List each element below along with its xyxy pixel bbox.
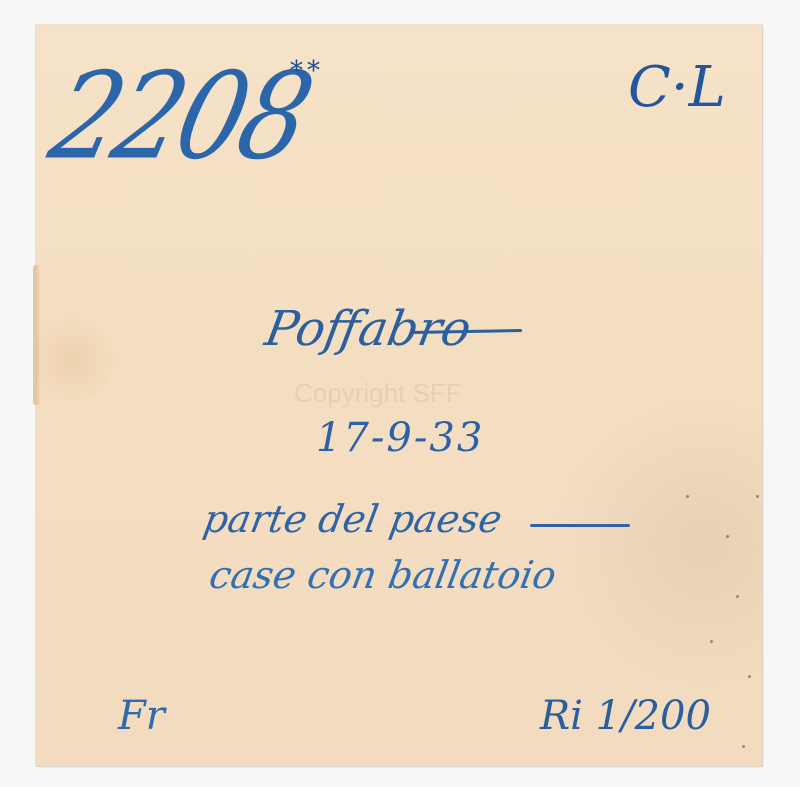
paper-speck bbox=[736, 595, 739, 598]
copyright-watermark: Copyright SFF bbox=[294, 378, 462, 409]
date: 17-9-33 bbox=[316, 418, 484, 458]
paper-speck bbox=[686, 495, 689, 498]
paper-speck bbox=[742, 745, 745, 748]
author-initials: Fr bbox=[118, 696, 165, 736]
description-line-1: parte del paese bbox=[201, 500, 505, 538]
paper-speck bbox=[710, 640, 713, 643]
paper-speck bbox=[748, 675, 751, 678]
place-name: Poffabro bbox=[262, 305, 475, 353]
collection-code: C·L bbox=[628, 60, 726, 116]
scale-reference: Ri 1/200 bbox=[540, 696, 711, 736]
catalog-star-marks: ** bbox=[290, 58, 324, 84]
description-underline-stroke bbox=[530, 524, 630, 527]
description-line-2: case con ballatoio bbox=[207, 556, 560, 594]
paper-speck bbox=[726, 535, 729, 538]
paper-speck bbox=[756, 495, 759, 498]
catalog-number: 2208 bbox=[41, 56, 319, 176]
